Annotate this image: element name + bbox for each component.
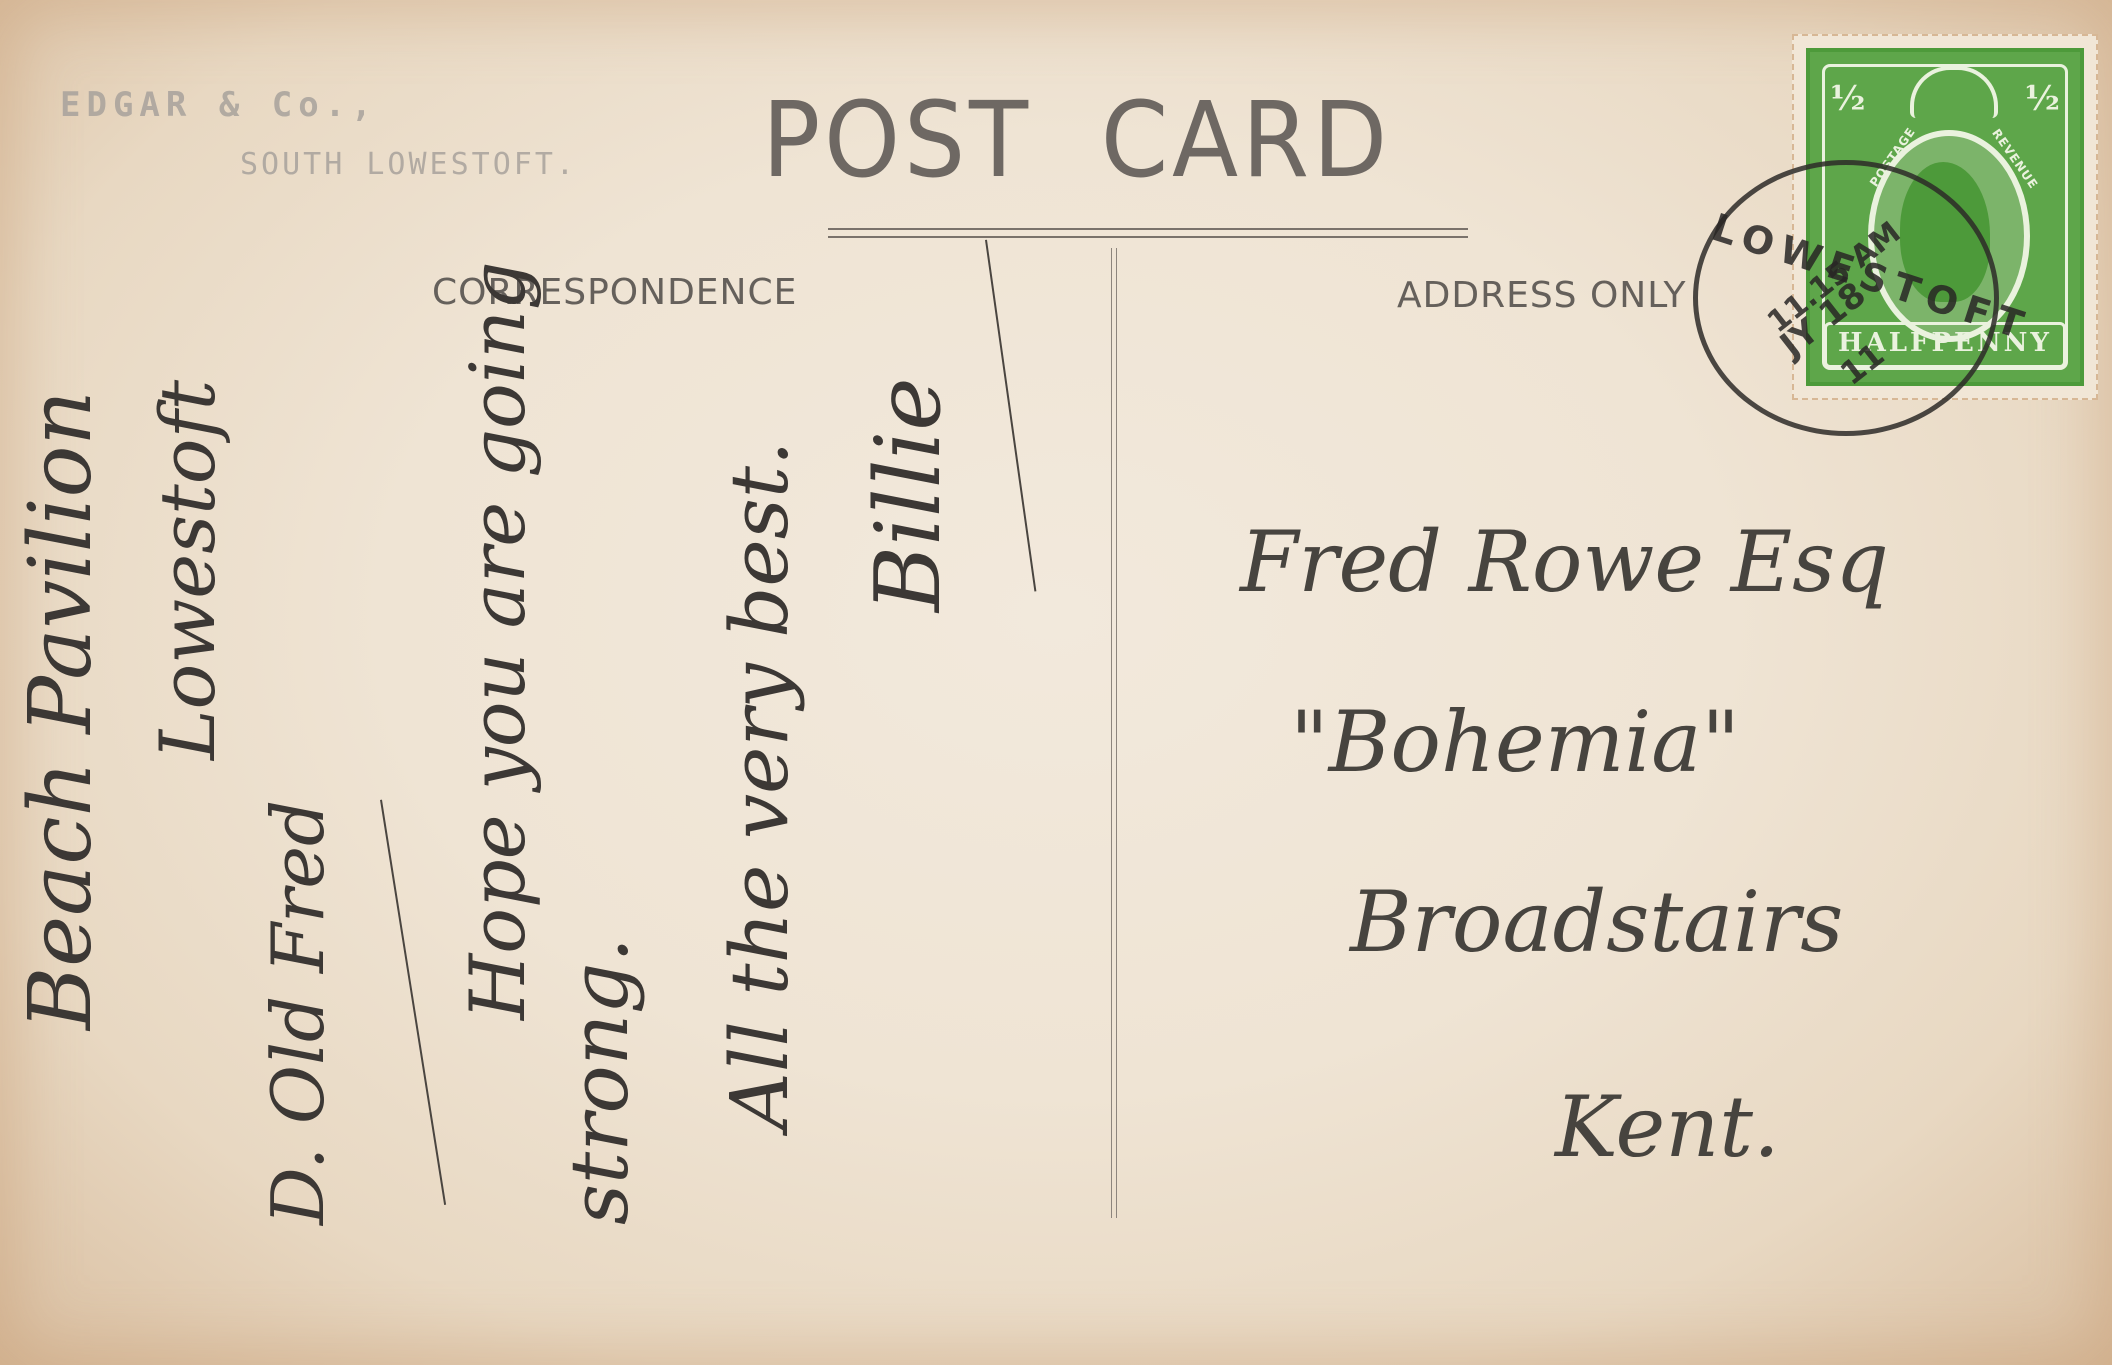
publisher-name: EDGAR & Co., <box>60 88 378 122</box>
address-line2: "Bohemia" <box>1290 700 1740 784</box>
pen-stroke-line <box>380 800 446 1205</box>
postcard-back: EDGAR & Co., SOUTH LOWESTOFT. POST CARD … <box>0 0 2112 1365</box>
message-line3: All the very best. <box>720 441 800 1130</box>
stamp-fraction-left: ½ <box>1830 82 1865 116</box>
pen-stroke-line <box>985 240 1036 592</box>
stamp-fraction-right: ½ <box>2025 82 2060 116</box>
title-rule-top <box>828 228 1468 230</box>
message-line1: Hope you are going <box>460 261 536 1020</box>
message-location-line1: Beach Pavilion <box>18 390 104 1030</box>
message-line2: strong. <box>560 937 640 1225</box>
title-rule-bottom <box>828 236 1468 238</box>
message-signature: Billie <box>864 377 954 612</box>
message-greeting: D. Old Fred <box>262 800 334 1225</box>
address-line3: Broadstairs <box>1350 880 1843 964</box>
message-location-line2: Lowestoft <box>150 380 226 760</box>
postcard-title: POST CARD <box>762 88 1391 192</box>
address-line1: Fred Rowe Esq <box>1240 520 1889 604</box>
address-label: ADDRESS ONLY <box>1397 278 1687 314</box>
center-divider-line <box>1116 248 1117 1218</box>
center-divider-line <box>1111 248 1112 1218</box>
publisher-location: SOUTH LOWESTOFT. <box>240 150 577 180</box>
address-line4: Kent. <box>1555 1085 1780 1169</box>
